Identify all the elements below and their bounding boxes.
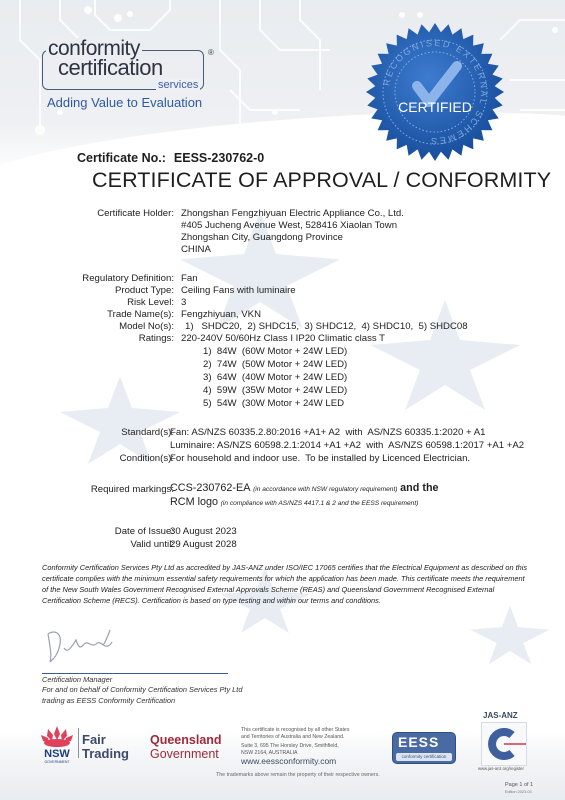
fair-trading-wordmark: Fair Trading	[82, 733, 129, 761]
date-of-issue-value: 30 August 2023	[170, 526, 237, 538]
holder-line: Zhongshan City, Guangdong Province	[181, 232, 343, 244]
recognition-and-address: This certificate is recognised by all ot…	[241, 727, 349, 756]
logo-word-certification: certification	[58, 57, 163, 79]
rating-item: 3) 64W (40W Motor + 24W LED)	[203, 372, 347, 384]
jas-anz-register-link[interactable]: www.jas-anz.org/register	[478, 766, 524, 771]
trade-names-value: Fengzhiyuan, VKN	[181, 309, 261, 321]
queensland-government-logo: Queensland Government	[150, 733, 222, 761]
website-link[interactable]: www.eessconformity.com	[241, 756, 336, 766]
seal-label: CERTIFIED	[398, 99, 472, 115]
marking-code: CCS-230762-EA	[170, 482, 250, 494]
marking-rcm-note: (in compliance with AS/NZS 4417.1 & 2 an…	[221, 500, 419, 507]
required-markings-line2: RCM logo (in compliance with AS/NZS 4417…	[170, 497, 418, 510]
marking-rcm: RCM logo	[170, 496, 218, 508]
risk-level-label: Risk Level:	[14, 297, 174, 309]
conditions-label: Condition(s):	[14, 453, 174, 465]
rating-item: 2) 74W (50W Motor + 24W LED)	[203, 359, 347, 371]
holder-line: Zhongshan Fengzhiyuan Electric Appliance…	[181, 208, 404, 220]
holder-line: CHINA	[181, 244, 211, 256]
signatory-behalf: For and on behalf of Conformity Certific…	[42, 685, 242, 695]
valid-until-label: Valid until:	[14, 539, 174, 551]
jas-anz-logo	[481, 722, 527, 766]
certificate-number-label: Certificate No.:	[77, 151, 166, 165]
trade-names-label: Trade Name(s):	[14, 309, 174, 321]
issuer-tagline: Adding Value to Evaluation	[47, 95, 202, 110]
risk-level-value: 3	[181, 297, 186, 309]
holder-line: #405 Jucheng Avenue West, 528416 Xiaolan…	[181, 220, 397, 232]
marking-code-note: (in accordance with NSW regulatory requi…	[253, 486, 397, 493]
nsw-fair-trading-logo: NSW GOVERNMENT	[38, 724, 76, 769]
eess-logo-sub: conformity certification	[396, 753, 452, 761]
rating-item: 5) 54W (30W Motor + 24W LED	[203, 398, 344, 410]
product-type-value: Ceiling Fans with luminaire	[181, 285, 296, 297]
regulatory-definition-value: Fan	[181, 273, 198, 285]
rating-item: 4) 59W (35W Motor + 24W LED)	[203, 385, 347, 397]
signature-line	[42, 673, 228, 674]
valid-until-value: 29 August 2028	[170, 539, 237, 551]
logo-word-services: services	[156, 79, 200, 91]
holder-label: Certificate Holder:	[14, 208, 174, 220]
standard-line: Fan: AS/NZS 60335.2.80:2016 +A1+ A2 with…	[170, 427, 485, 439]
logo-divider	[78, 728, 79, 758]
required-markings-line1: CCS-230762-EA (in accordance with NSW re…	[170, 483, 439, 496]
marking-and-the: and the	[400, 482, 438, 494]
svg-text:GOVERNMENT: GOVERNMENT	[44, 760, 70, 764]
watermark-star-icon	[470, 600, 550, 670]
model-nos-label: Model No(s):	[14, 321, 174, 333]
jas-anz-title: JAS-ANZ	[483, 711, 518, 720]
address-line: Suite 3, 695 The Horsley Drive, Smithfie…	[241, 743, 349, 750]
fair-trading-line1: Fair	[82, 733, 129, 747]
signature	[44, 626, 134, 666]
trademark-notice: The trademarks above remain the property…	[216, 772, 380, 778]
eess-logo: EESS conformity certification	[392, 732, 456, 764]
required-markings-label: Required markings:	[14, 484, 174, 496]
jas-anz-mark-icon	[482, 723, 526, 765]
fair-trading-line2: Trading	[82, 747, 129, 761]
signatory-block: Certification Manager For and on behalf …	[42, 675, 242, 706]
standards-label: Standard(s):	[14, 427, 174, 439]
waratah-icon: NSW GOVERNMENT	[38, 724, 76, 764]
certified-seal: RECOGNISED EXTERNAL SCHEMES CERTIFIED	[365, 22, 505, 162]
certificate-number: Certificate No.:EESS-230762-0	[77, 151, 264, 165]
qld-line1: Queensland	[150, 733, 222, 747]
recognition-line: and Territories of Australia and New Zea…	[241, 734, 349, 741]
signatory-trading: trading as EESS Conformity Certification	[42, 696, 242, 706]
model-nos-value: 1) SHDC20, 2) SHDC15, 3) SHDC12, 4) SHDC…	[185, 321, 468, 333]
signatory-role: Certification Manager	[42, 675, 242, 685]
conditions-value: For household and indoor use. To be inst…	[170, 453, 470, 465]
eess-logo-text: EESS	[398, 734, 439, 750]
regulatory-definition-label: Regulatory Definition:	[14, 273, 174, 285]
page-title: CERTIFICATE OF APPROVAL / CONFORMITY	[92, 168, 551, 193]
certificate-number-value: EESS-230762-0	[174, 151, 264, 165]
date-of-issue-label: Date of Issue:	[14, 526, 174, 538]
ratings-value: 220-240V 50/60Hz Class I IP20 Climatic c…	[181, 333, 385, 345]
recognition-line: This certificate is recognised by all ot…	[241, 727, 349, 734]
page-number: Page 1 of 1	[505, 782, 533, 788]
rating-item: 1) 84W (60W Motor + 24W LED)	[203, 346, 347, 358]
edition: Edition 2023-03	[505, 790, 532, 794]
legal-statement: Conformity Certification Services Pty Lt…	[42, 562, 532, 606]
product-type-label: Product Type:	[14, 285, 174, 297]
watermark-star-icon	[370, 300, 520, 410]
registered-mark: ®	[208, 48, 214, 57]
ratings-label: Ratings:	[14, 333, 174, 345]
svg-text:NSW: NSW	[44, 748, 70, 760]
standard-line: Luminaire: AS/NZS 60598.2.1:2014 +A1 +A2…	[170, 440, 524, 452]
qld-line2: Government	[150, 747, 222, 761]
